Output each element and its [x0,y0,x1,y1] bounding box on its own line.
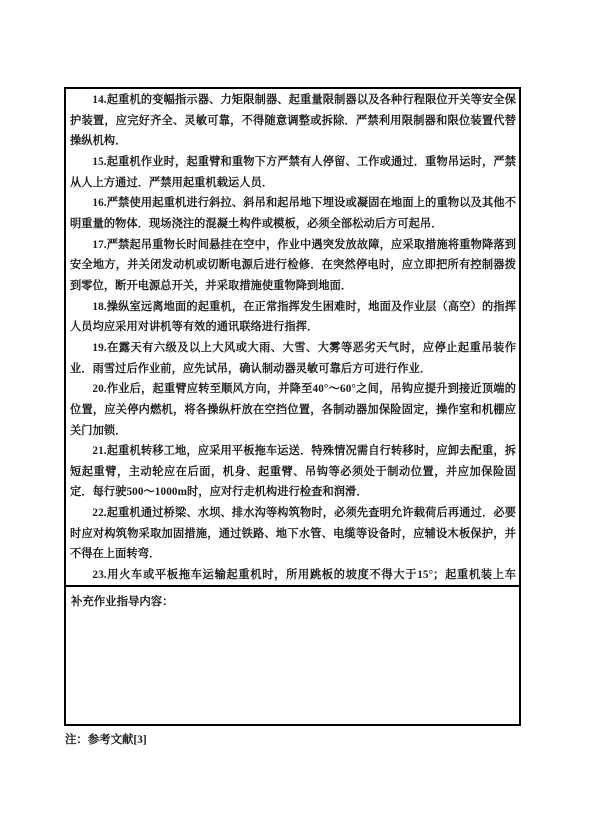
rule-23: 23.用火车或平板拖车运输起重机时，所用跳板的坡度不得大于15°；起重机装上车后… [70,565,516,587]
rule-22: 22.起重机通过桥梁、水坝、排水沟等构筑物时，必须先查明允许载荷后再通过．必要时… [70,503,516,565]
supplement-label: 补充作业指导内容： [71,595,515,609]
rule-20: 20.作业后，起重臂应转至顺风方向，并降至40°～60°之间，吊钩应提升到接近顶… [70,379,516,441]
rule-21: 21.起重机转移工地，应采用平板拖车运送．特殊情况需自行转移时，应卸去配重，拆短… [70,441,516,503]
rule-16: 16.严禁使用起重机进行斜拉、斜吊和起吊地下埋设或凝固在地面上的重物以及其他不明… [70,193,516,234]
rule-17: 17.严禁起吊重物长时间悬挂在空中，作业中遇突发放故障，应采取措施将重物降落到安… [70,235,516,297]
supplement-cell: 补充作业指导内容： [66,587,519,724]
rule-15: 15.起重机作业时，起重臂和重物下方严禁有人停留、工作或通过．重物吊运时，严禁从… [70,152,516,193]
rule-19: 19.在露天有六级及以上大风或大雨、大雪、大雾等恶劣天气时，应停止起重吊装作业．… [70,338,516,379]
rules-cell: 14.起重机的变幅指示器、力矩限制器、起重量限制器以及各种行程限位开关等安全保护… [66,89,519,587]
safety-instruction-table: 14.起重机的变幅指示器、力矩限制器、起重量限制器以及各种行程限位开关等安全保护… [64,87,521,726]
rule-18: 18.操纵室远离地面的起重机，在正常指挥发生困难时，地面及作业层（高空）的指挥人… [70,297,516,338]
reference-note: 注：参考文献[3] [65,733,147,747]
rule-14: 14.起重机的变幅指示器、力矩限制器、起重量限制器以及各种行程限位开关等安全保护… [70,90,516,152]
document-page: 14.起重机的变幅指示器、力矩限制器、起重量限制器以及各种行程限位开关等安全保护… [0,0,590,835]
